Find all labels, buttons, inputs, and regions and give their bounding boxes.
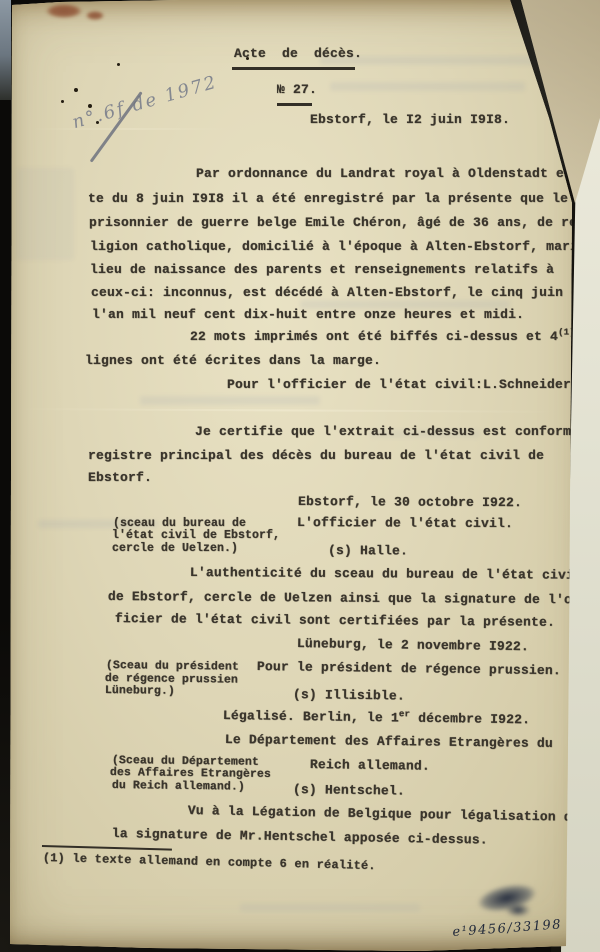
legalisation-post: décembre I922. — [410, 711, 530, 728]
photo-of-document: Acte de décès. № 27. Ebstorf, le I2 juin… — [0, 0, 600, 952]
footnote-rule — [42, 845, 172, 851]
ordinal-superscript: er — [399, 709, 410, 719]
erasure-note-text: 22 mots imprimés ont été biffés ci-dessu… — [190, 329, 558, 344]
seal-note-president: Lüneburg.) — [105, 684, 175, 698]
body-line: lieu de naissance des parents et renseig… — [90, 262, 554, 277]
body-line: prisonnier de guerre belge Emile Chéron,… — [89, 215, 585, 230]
seal-note-reich: du Reich allemand.) — [112, 779, 245, 794]
bleedthrough-mark — [140, 396, 320, 405]
pinhole — [74, 88, 78, 92]
authentication-line: de Ebstorf, cercle de Uelzen ainsi que l… — [108, 589, 588, 607]
bleedthrough-mark — [330, 82, 525, 91]
authentication-line: L'authenticité du sceau du bureau de l'é… — [190, 565, 582, 583]
body-line: Par ordonnance du Landrat royal à Oldens… — [196, 166, 600, 181]
body-line: te du 8 juin I9I8 il a été enregistré pa… — [88, 191, 568, 206]
document-title: Acte de décès. — [234, 46, 362, 61]
visa-line: la signature de Mr.Hentschel apposée ci-… — [112, 826, 488, 848]
rust-stain — [86, 11, 104, 20]
certification-line: Ebstorf. — [88, 470, 152, 485]
legalisation-pre: Légalisé. Berlin, le 1 — [223, 708, 399, 725]
fold-crease — [18, 408, 558, 413]
seal-note-ebstorf: l'état civil de Ebstorf, — [112, 529, 280, 542]
department-line: Le Département des Affaires Etrangères d… — [225, 732, 553, 751]
signature-hentschel: (s) Hentschel. — [293, 782, 405, 799]
document-sheet: Acte de décès. № 27. Ebstorf, le I2 juin… — [0, 0, 600, 952]
rust-stain — [46, 4, 82, 18]
place-date-november-1922: Lüneburg, le 2 novembre I922. — [297, 636, 529, 654]
background-sliver — [0, 0, 11, 100]
number-underline — [277, 103, 312, 106]
certification-line: Je certifie que l'extrait ci-dessus est … — [195, 424, 600, 439]
officer-title: L'officier de l'état civil. — [297, 515, 513, 531]
erasure-note-line: 22 mots imprimés ont été biffés ci-dessu… — [190, 329, 575, 344]
place-date-line: Ebstorf, le I2 juin I9I8. — [310, 112, 510, 127]
signature-halle: (s) Halle. — [328, 543, 408, 558]
signature-illisible: (s) Illisible. — [293, 687, 405, 704]
title-underline — [232, 67, 355, 70]
ink-blot — [505, 903, 531, 917]
president-line: Pour le président de régence prussien. — [257, 659, 561, 678]
bleedthrough-mark — [16, 168, 74, 260]
reich-line: Reich allemand. — [310, 757, 430, 774]
authentication-line: ficier de l'état civil sont certifiées p… — [115, 611, 555, 630]
body-line: ceux-ci: inconnus, est décédé à Alten-Eb… — [91, 285, 587, 300]
legalisation-line: Légalisé. Berlin, le 1er décembre I922. — [223, 708, 530, 727]
erasure-note-line-2: lignes ont été écrites dans la marge. — [85, 353, 381, 368]
bleedthrough-mark — [240, 903, 420, 912]
pencil-margin-annotation: n°.6f de 1972 — [70, 72, 220, 133]
visa-line: Vu à la Légation de Belgique pour légali… — [188, 803, 580, 825]
officer-signature-1918: Pour l'officier de l'état civil:L.Schnei… — [227, 377, 579, 392]
place-date-october-1922: Ebstorf, le 30 octobre I922. — [298, 494, 522, 510]
act-number: № 27. — [277, 82, 317, 97]
certification-line: registre principal des décès du bureau d… — [88, 448, 544, 463]
fold-crease — [30, 128, 230, 130]
pinhole — [61, 100, 64, 103]
body-line: l'an mil neuf cent dix-huit entre onze h… — [92, 307, 524, 322]
pinhole — [117, 63, 120, 66]
footnote-line: (1) le texte allemand en compte 6 en réa… — [43, 851, 376, 873]
seal-note-ebstorf: cercle de Uelzen.) — [112, 542, 238, 555]
archive-reference-number: e¹9456/33198 — [452, 917, 563, 940]
body-line: ligion catholique, domicilié à l'époque … — [90, 239, 594, 254]
